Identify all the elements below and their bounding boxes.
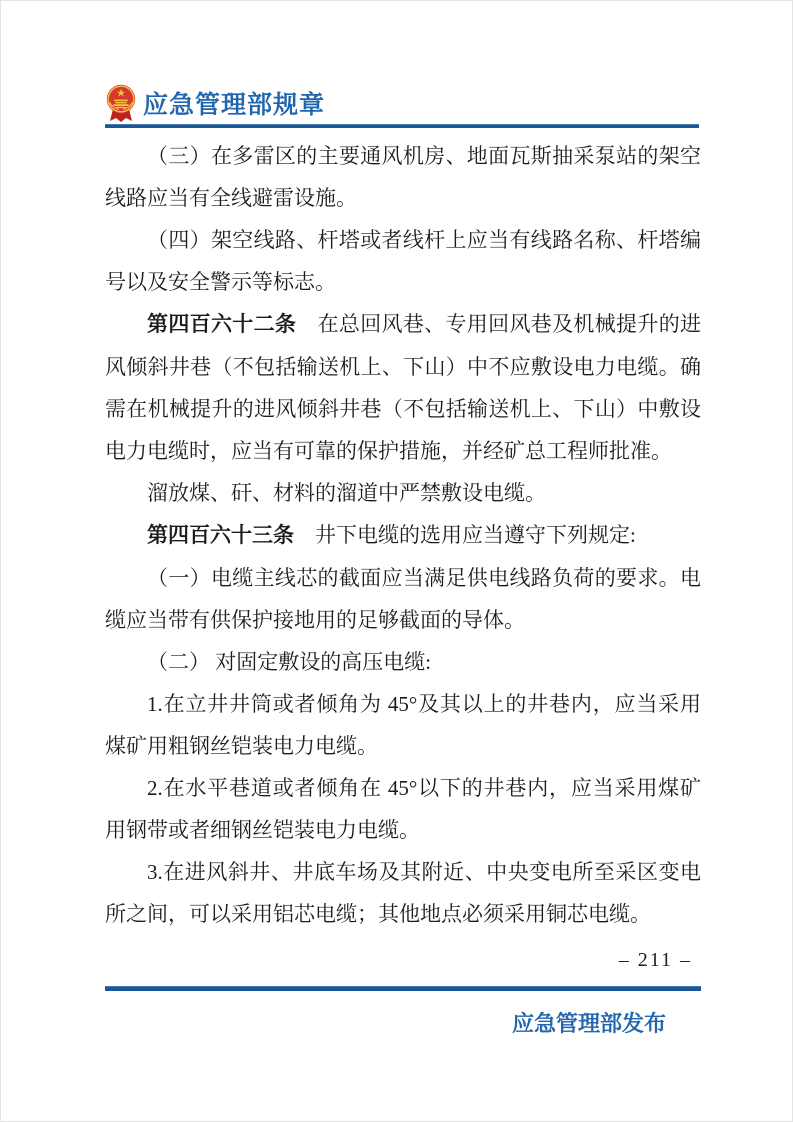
paragraph: 1.在立井井筒或者倾角为 45°及其以上的井巷内，应当采用煤矿用粗钢丝铠装电力电… xyxy=(105,683,701,767)
national-emblem-icon xyxy=(105,83,137,123)
paragraph: （一）电缆主线芯的截面应当满足供电线路负荷的要求。电缆应当带有供保护接地用的足够… xyxy=(105,557,701,641)
page-header: 应急管理部规章 xyxy=(105,83,701,123)
article-number: 第四百六十二条 xyxy=(147,313,296,336)
paragraph: 第四百六十三条 井下电缆的选用应当遵守下列规定: xyxy=(105,514,701,557)
paragraph: 溜放煤、矸、材料的溜道中严禁敷设电缆。 xyxy=(105,472,701,514)
article-number: 第四百六十三条 xyxy=(147,524,294,547)
header-rule xyxy=(105,124,699,128)
paragraph: （二） 对固定敷设的高压电缆: xyxy=(105,641,701,683)
header-title: 应急管理部规章 xyxy=(143,85,325,121)
footer-rule xyxy=(105,986,701,991)
paragraph: 3.在进风斜井、井底车场及其附近、中央变电所至采区变电所之间，可以采用铝芯电缆；… xyxy=(105,851,701,935)
document-body: （三）在多雷区的主要通风机房、地面瓦斯抽采泵站的架空线路应当有全线避雷设施。（四… xyxy=(105,135,701,935)
paragraph: （三）在多雷区的主要通风机房、地面瓦斯抽采泵站的架空线路应当有全线避雷设施。 xyxy=(105,135,701,219)
document-page: 应急管理部规章 （三）在多雷区的主要通风机房、地面瓦斯抽采泵站的架空线路应当有全… xyxy=(0,0,793,1122)
paragraph: （四）架空线路、杆塔或者线杆上应当有线路名称、杆塔编号以及安全警示等标志。 xyxy=(105,219,701,303)
page-number: – 211 – xyxy=(619,949,692,972)
publisher-label: 应急管理部发布 xyxy=(512,1007,666,1038)
paragraph: 2.在水平巷道或者倾角在 45°以下的井巷内，应当采用煤矿用钢带或者细钢丝铠装电… xyxy=(105,767,701,851)
paragraph: 第四百六十二条 在总回风巷、专用回风巷及机械提升的进风倾斜井巷（不包括输送机上、… xyxy=(105,303,701,472)
